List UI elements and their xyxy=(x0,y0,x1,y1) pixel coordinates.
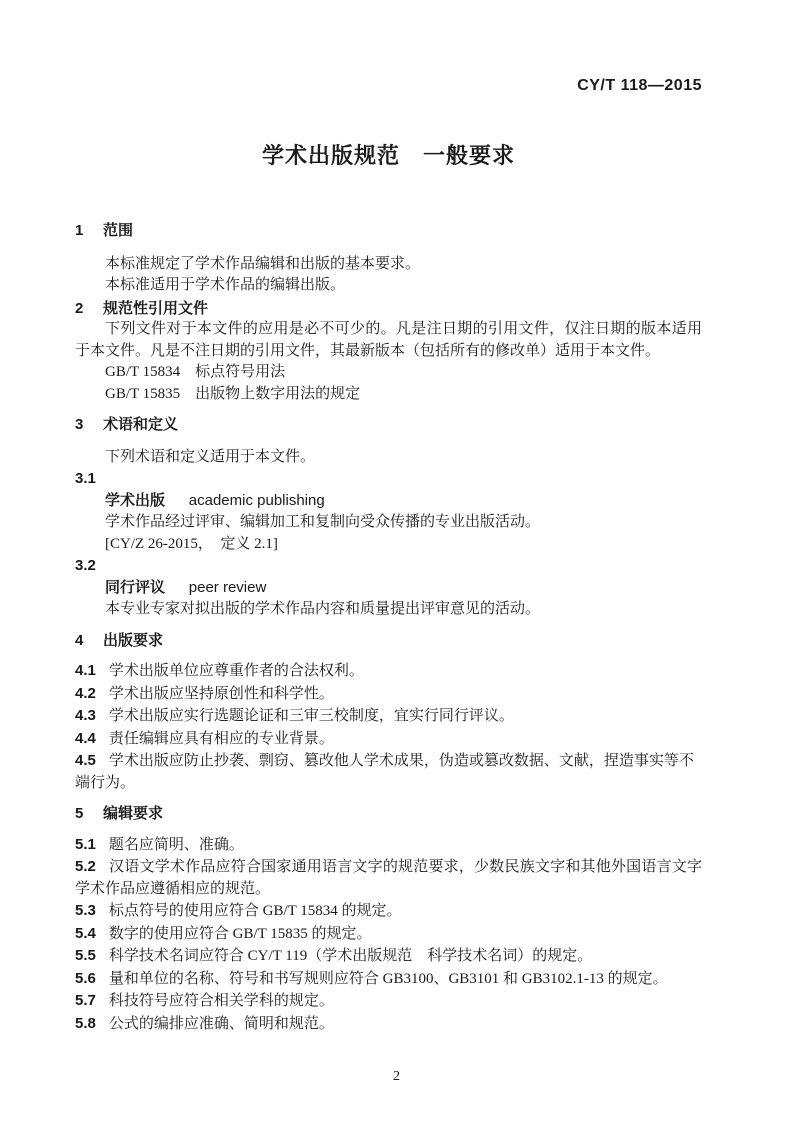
clause-number: 5.7 xyxy=(75,992,96,1009)
clause-number: 4.5 xyxy=(75,752,96,769)
document-title: 学术出版规范 一般要求 xyxy=(75,141,702,171)
clause: 5.1题名应简明、准确。 xyxy=(75,834,702,857)
clause: 5.3标点符号的使用应符合 GB/T 15834 的规定。 xyxy=(75,900,702,923)
paragraph: 本标准适用于学术作品的编辑出版。 xyxy=(75,275,702,297)
clause-text: 责任编辑应具有相应的专业背景。 xyxy=(109,731,334,747)
section-heading-scope: 1 范围 xyxy=(75,220,702,242)
clause: 4.2学术出版应坚持原创性和科学性。 xyxy=(75,683,702,706)
clause: 4.1学术出版单位应尊重作者的合法权利。 xyxy=(75,660,702,683)
section-title: 出版要求 xyxy=(103,630,163,652)
section-number: 2 xyxy=(75,298,103,320)
clause: 5.8公式的编排应准确、简明和规范。 xyxy=(75,1013,702,1036)
clause-number: 5.3 xyxy=(75,902,96,919)
document-page: CY/T 118—2015 学术出版规范 一般要求 1 范围 本标准规定了学术作… xyxy=(0,0,793,1122)
clause: 4.5学术出版应防止抄袭、剽窃、篡改他人学术成果，伪造或篡改数据、文献，捏造事实… xyxy=(75,750,702,794)
clause-text: 科技符号应符合相关学科的规定。 xyxy=(109,993,334,1009)
term-line: 同行评议 peer review xyxy=(75,577,702,600)
paragraph: 下列术语和定义适用于本文件。 xyxy=(75,447,702,469)
clause-number: 4.1 xyxy=(75,662,96,679)
clause-text: 公式的编排应准确、简明和规范。 xyxy=(109,1016,334,1032)
paragraph: 本标准规定了学术作品编辑和出版的基本要求。 xyxy=(75,254,702,276)
term-chinese: 学术出版 xyxy=(105,492,165,509)
clause-text: 量和单位的名称、符号和书写规则应符合 GB3100、GB3101 和 GB310… xyxy=(109,971,668,987)
clause-text: 标点符号的使用应符合 GB/T 15834 的规定。 xyxy=(109,903,402,919)
clause-text: 题名应简明、准确。 xyxy=(109,837,244,853)
clause: 5.5科学技术名词应符合 CY/T 119（学术出版规范 科学技术名词）的规定。 xyxy=(75,945,702,968)
section-number: 1 xyxy=(75,220,103,242)
clause: 4.3学术出版应实行选题论证和三审三校制度，宜实行同行评议。 xyxy=(75,705,702,728)
page-number: 2 xyxy=(0,1066,793,1087)
term-entry: 3.2 同行评议 peer review 本专业专家对拟出版的学术作品内容和质量… xyxy=(75,555,702,621)
term-definition: 本专业专家对拟出版的学术作品内容和质量提出评审意见的活动。 xyxy=(75,599,702,621)
term-english: academic publishing xyxy=(189,492,325,509)
clause: 4.4责任编辑应具有相应的专业背景。 xyxy=(75,728,702,751)
clause: 5.4数字的使用应符合 GB/T 15835 的规定。 xyxy=(75,923,702,946)
clause-text: 学术出版应防止抄袭、剽窃、篡改他人学术成果，伪造或篡改数据、文献，捏造事实等不端… xyxy=(75,753,694,791)
term-line: 学术出版 academic publishing xyxy=(75,490,702,513)
section-title: 规范性引用文件 xyxy=(103,298,208,320)
section-editing-requirements: 5 编辑要求 5.1题名应简明、准确。 5.2汉语文学术作品应符合国家通用语言文… xyxy=(75,803,702,1035)
clause-number: 4.3 xyxy=(75,707,96,724)
clause-text: 数字的使用应符合 GB/T 15835 的规定。 xyxy=(109,926,372,942)
section-publishing-requirements: 4 出版要求 4.1学术出版单位应尊重作者的合法权利。 4.2学术出版应坚持原创… xyxy=(75,630,702,795)
clause-number: 5.6 xyxy=(75,970,96,987)
section-normative-references: 2 规范性引用文件 下列文件对于本文件的应用是必不可少的。凡是注日期的引用文件，… xyxy=(75,298,702,406)
section-terms: 3 术语和定义 下列术语和定义适用于本文件。 3.1 学术出版 academic… xyxy=(75,414,702,621)
clause-number: 4.4 xyxy=(75,730,96,747)
clause-number: 5.8 xyxy=(75,1015,96,1032)
term-entry: 3.1 学术出版 academic publishing 学术作品经过评审、编辑… xyxy=(75,468,702,555)
term-number: 3.1 xyxy=(75,468,702,490)
clause-text: 学术出版单位应尊重作者的合法权利。 xyxy=(109,663,364,679)
section-heading-editing: 5 编辑要求 xyxy=(75,803,702,825)
clause-text: 科学技术名词应符合 CY/T 119（学术出版规范 科学技术名词）的规定。 xyxy=(109,948,592,964)
section-number: 4 xyxy=(75,630,103,652)
term-english: peer review xyxy=(189,579,267,596)
clause-number: 5.2 xyxy=(75,858,96,875)
section-heading-publishing: 4 出版要求 xyxy=(75,630,702,652)
clause: 5.7科技符号应符合相关学科的规定。 xyxy=(75,990,702,1013)
clause-number: 5.4 xyxy=(75,925,96,942)
term-definition: 学术作品经过评审、编辑加工和复制向受众传播的专业出版活动。 xyxy=(75,512,702,534)
clause-text: 汉语文学术作品应符合国家通用语言文字的规范要求，少数民族文字和其他外国语言文字学… xyxy=(75,859,702,897)
clause: 5.6量和单位的名称、符号和书写规则应符合 GB3100、GB3101 和 GB… xyxy=(75,968,702,991)
section-scope: 1 范围 本标准规定了学术作品编辑和出版的基本要求。 本标准适用于学术作品的编辑… xyxy=(75,220,702,297)
clause-number: 5.5 xyxy=(75,947,96,964)
term-chinese: 同行评议 xyxy=(105,579,165,596)
term-number: 3.2 xyxy=(75,555,702,577)
reference-item: GB/T 15834 标点符号用法 xyxy=(75,362,702,384)
clause-number: 4.2 xyxy=(75,685,96,702)
section-title: 术语和定义 xyxy=(103,414,178,436)
clause: 5.2汉语文学术作品应符合国家通用语言文字的规范要求，少数民族文字和其他外国语言… xyxy=(75,856,702,900)
section-heading-normative-references: 2 规范性引用文件 xyxy=(75,298,702,320)
reference-item: GB/T 15835 出版物上数字用法的规定 xyxy=(75,384,702,406)
clause-text: 学术出版应坚持原创性和科学性。 xyxy=(109,686,334,702)
section-number: 3 xyxy=(75,414,103,436)
section-title: 范围 xyxy=(103,220,133,242)
term-source: [CY/Z 26-2015， 定义 2.1] xyxy=(75,534,702,556)
clause-number: 5.1 xyxy=(75,836,96,853)
standard-code: CY/T 118—2015 xyxy=(75,76,702,96)
clause-text: 学术出版应实行选题论证和三审三校制度，宜实行同行评议。 xyxy=(109,708,514,724)
section-number: 5 xyxy=(75,803,103,825)
paragraph: 下列文件对于本文件的应用是必不可少的。凡是注日期的引用文件，仅注日期的版本适用于… xyxy=(75,319,702,362)
section-title: 编辑要求 xyxy=(103,803,163,825)
section-heading-terms: 3 术语和定义 xyxy=(75,414,702,436)
